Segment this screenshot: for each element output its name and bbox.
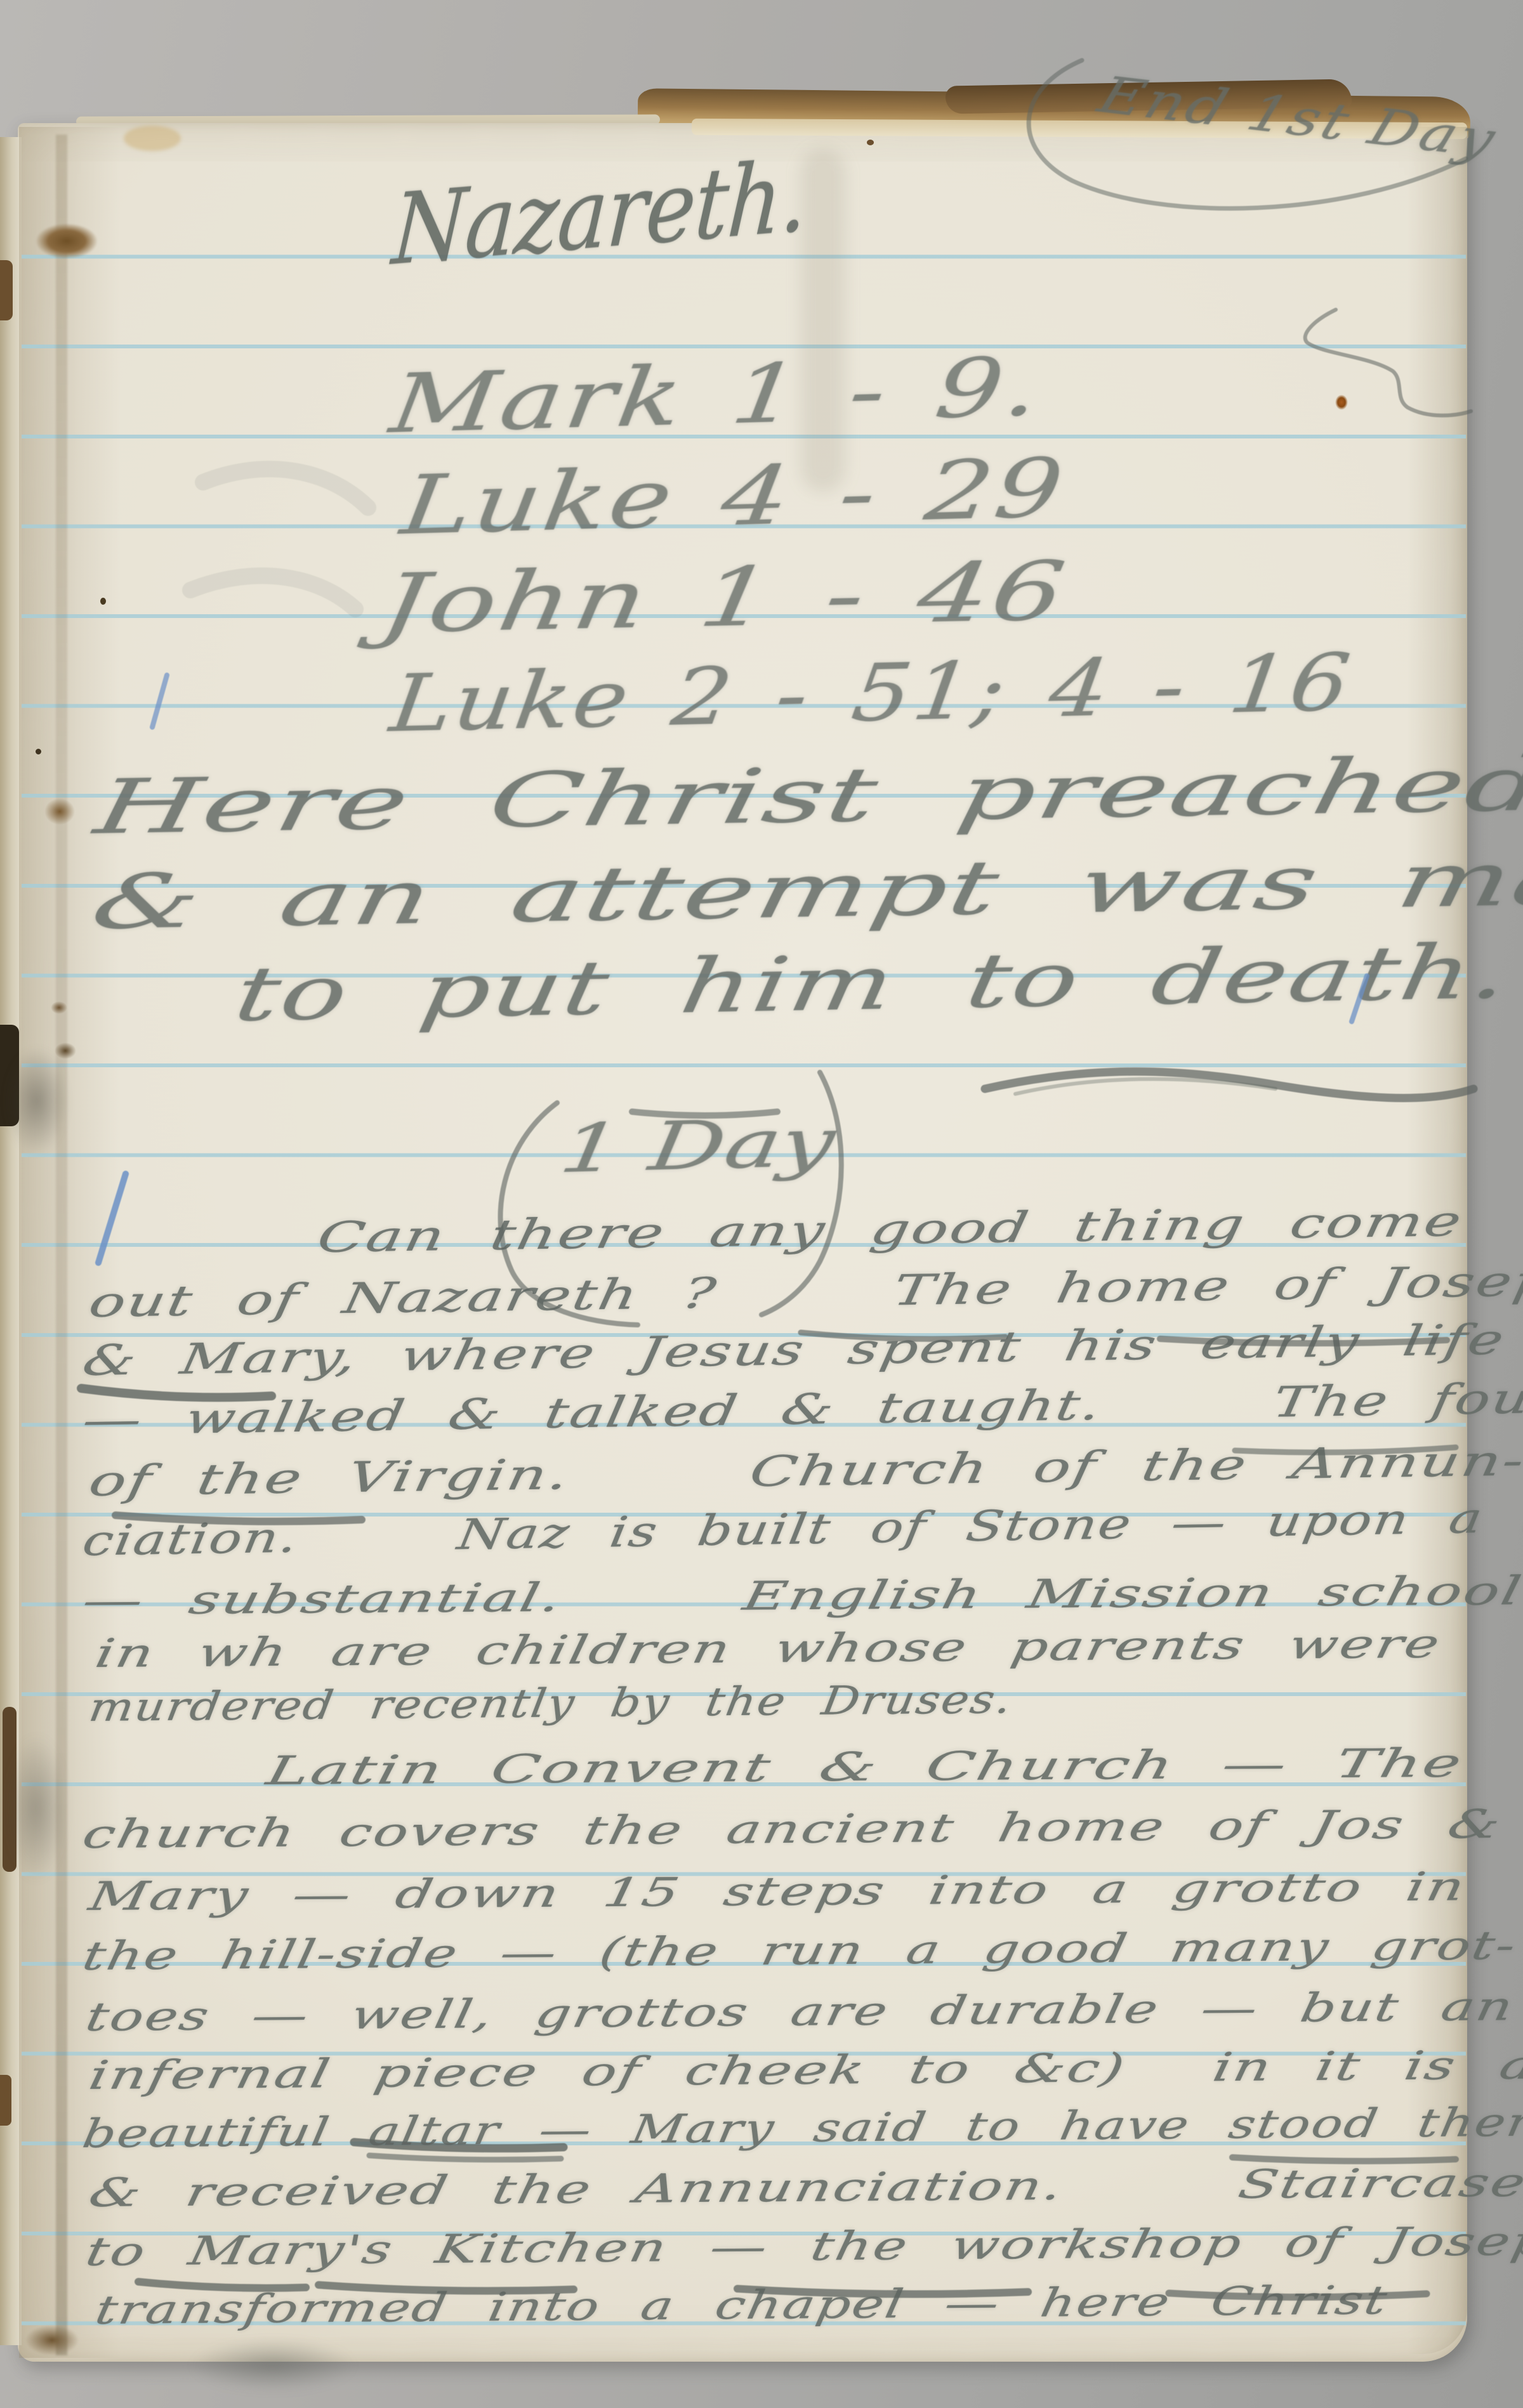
short-dash <box>632 1112 777 1115</box>
margin-flourish <box>1305 310 1471 416</box>
underline-fountain <box>1235 1447 1456 1452</box>
underline-joseph <box>1160 1339 1447 1343</box>
blue-pencil-tick <box>1352 976 1367 1022</box>
underline-kitchen <box>319 2285 574 2291</box>
underline-marys <box>138 2282 306 2288</box>
scanned-notebook-page: End 1st Day Nazareth. Mark 1 - 9. Luke 4… <box>0 0 1523 2408</box>
pencil-strokes-overlay <box>0 0 1523 2408</box>
ghost-stroke <box>203 469 368 508</box>
day-paren-right <box>762 1072 841 1315</box>
corner-note-circle <box>1029 60 1466 208</box>
underline-workshop <box>737 2289 1028 2294</box>
underline-home <box>801 1332 1005 1339</box>
underline-mary-heavy-2 <box>369 2155 561 2160</box>
blue-pencil-slash <box>98 1174 126 1263</box>
blue-pencil-slash <box>152 675 167 727</box>
underline-joseph-2 <box>1169 2293 1427 2297</box>
underline-the-virgin <box>115 1515 362 1522</box>
ghost-stroke <box>190 576 355 609</box>
underline-mary-heavy-1 <box>354 2142 564 2148</box>
underline-stood-there <box>1232 2157 1456 2161</box>
underline-and-mary <box>81 1388 272 1397</box>
day-paren-left <box>501 1103 638 1325</box>
